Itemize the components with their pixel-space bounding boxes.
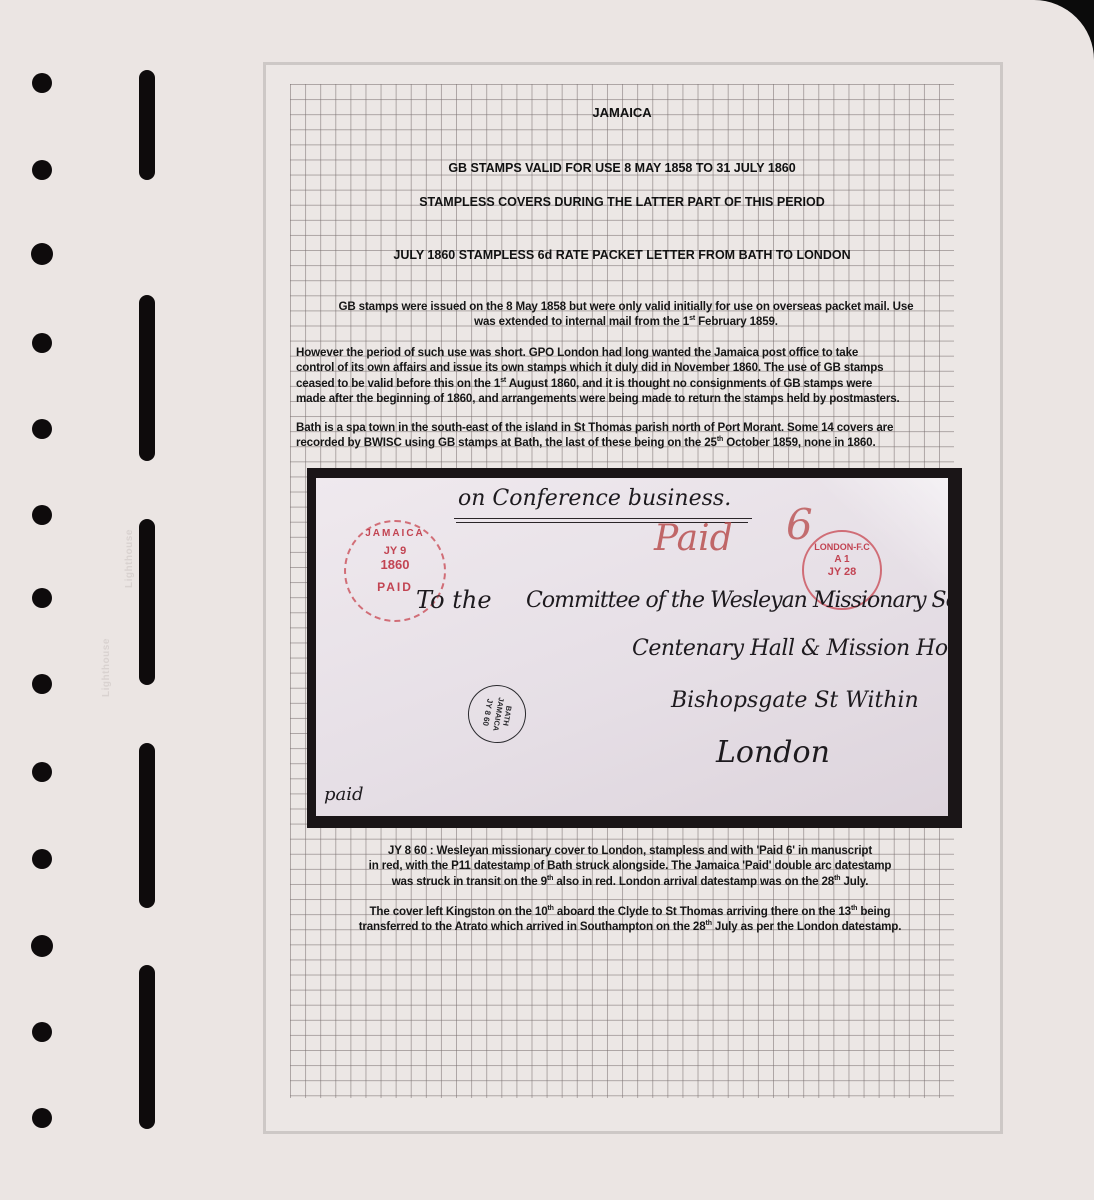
stamp-line: A 1 <box>804 554 880 565</box>
binder-hole <box>32 588 52 608</box>
binder-slot <box>139 519 155 685</box>
stampless-cover-image: on Conference business. Paid 6 JAMAICA J… <box>316 478 948 816</box>
address-line: To the <box>416 586 492 614</box>
text: being <box>857 905 890 918</box>
text: The cover left Kingston on the 10 <box>370 905 548 918</box>
paragraph-line: GB stamps were issued on the 8 May 1858 … <box>296 299 956 314</box>
paragraph-short-period: However the period of such use was short… <box>296 345 956 406</box>
watermark-text: Lighthouse <box>101 638 112 697</box>
cover-caption-description: JY 8 60 : Wesleyan missionary cover to L… <box>300 843 960 889</box>
subheading-validity: GB STAMPS VALID FOR USE 8 MAY 1858 TO 31… <box>292 161 952 175</box>
caption-line: The cover left Kingston on the 10th aboa… <box>300 904 960 919</box>
address-line: Committee of the Wesleyan Missionary Soc… <box>526 588 948 613</box>
cover-caption-route: The cover left Kingston on the 10th aboa… <box>300 904 960 935</box>
paragraph-gb-stamps-issue: GB stamps were issued on the 8 May 1858 … <box>296 299 956 330</box>
text: ceased to be valid before this on the 1 <box>296 377 500 390</box>
text: February 1859. <box>695 315 778 328</box>
text: was extended to internal mail from the 1 <box>474 315 689 328</box>
subheading-cover-title: JULY 1860 STAMPLESS 6d RATE PACKET LETTE… <box>292 248 952 262</box>
paragraph-line: made after the beginning of 1860, and ar… <box>296 391 956 406</box>
manuscript-paid-red: Paid <box>654 518 733 559</box>
manuscript-paid-black: paid <box>324 784 364 805</box>
text: July. <box>840 875 868 888</box>
binder-hole <box>32 674 52 694</box>
stamp-text-top: LONDON-F.C <box>804 542 880 552</box>
binder-slot <box>139 295 155 461</box>
binder-hole <box>32 762 52 782</box>
binder-hole <box>32 73 52 93</box>
stamp-year: 1860 <box>346 557 444 572</box>
paragraph-line: was extended to internal mail from the 1… <box>296 314 956 329</box>
binder-hole <box>32 1108 52 1128</box>
text: transferred to the Atrato which arrived … <box>359 920 706 933</box>
stamp-text-top: JAMAICA <box>346 528 444 539</box>
address-line: Centenary Hall & Mission House <box>632 636 948 661</box>
binder-hole <box>31 243 53 265</box>
album-page: Lighthouse Lighthouse JAMAICA GB STAMPS … <box>0 0 1094 1200</box>
page-title: JAMAICA <box>292 105 952 120</box>
text: aboard the Clyde to St Thomas arriving t… <box>554 905 851 918</box>
paragraph-line: recorded by BWISC using GB stamps at Bat… <box>296 435 956 450</box>
caption-line: JY 8 60 : Wesleyan missionary cover to L… <box>300 843 960 858</box>
paragraph-line: control of its own affairs and issue its… <box>296 360 956 375</box>
text: recorded by BWISC using GB stamps at Bat… <box>296 436 717 449</box>
binder-hole <box>32 160 52 180</box>
paragraph-line: Bath is a spa town in the south-east of … <box>296 420 956 435</box>
caption-line: was struck in transit on the 9th also in… <box>300 874 960 889</box>
address-line: Bishopsgate St Within <box>671 688 919 713</box>
address-line: London <box>716 735 830 770</box>
text: August 1860, and it is thought no consig… <box>506 377 872 390</box>
paragraph-bath-town: Bath is a spa town in the south-east of … <box>296 420 956 451</box>
binder-hole <box>32 1022 52 1042</box>
caption-line: in red, with the P11 datestamp of Bath s… <box>300 858 960 873</box>
subheading-stampless: STAMPLESS COVERS DURING THE LATTER PART … <box>292 195 952 209</box>
binder-hole <box>32 419 52 439</box>
binder-hole <box>32 505 52 525</box>
binder-hole <box>32 333 52 353</box>
paragraph-line: However the period of such use was short… <box>296 345 956 360</box>
stamp-date: JY 28 <box>804 566 880 578</box>
binder-hole <box>32 849 52 869</box>
paragraph-line: ceased to be valid before this on the 1s… <box>296 376 956 391</box>
binder-slot <box>139 70 155 180</box>
text: July as per the London datestamp. <box>712 920 901 933</box>
endorsement-text: on Conference business. <box>458 486 731 511</box>
caption-line: transferred to the Atrato which arrived … <box>300 919 960 934</box>
binder-slot <box>139 965 155 1129</box>
country-heading: JAMAICA <box>592 105 651 120</box>
binder-slot <box>139 743 155 908</box>
binder-hole <box>31 935 53 957</box>
text: was struck in transit on the 9 <box>392 875 547 888</box>
watermark-text: Lighthouse <box>124 529 135 588</box>
text: October 1859, none in 1860. <box>723 436 875 449</box>
stamp-date: JY 9 <box>346 545 444 557</box>
text: also in red. London arrival datestamp wa… <box>553 875 834 888</box>
